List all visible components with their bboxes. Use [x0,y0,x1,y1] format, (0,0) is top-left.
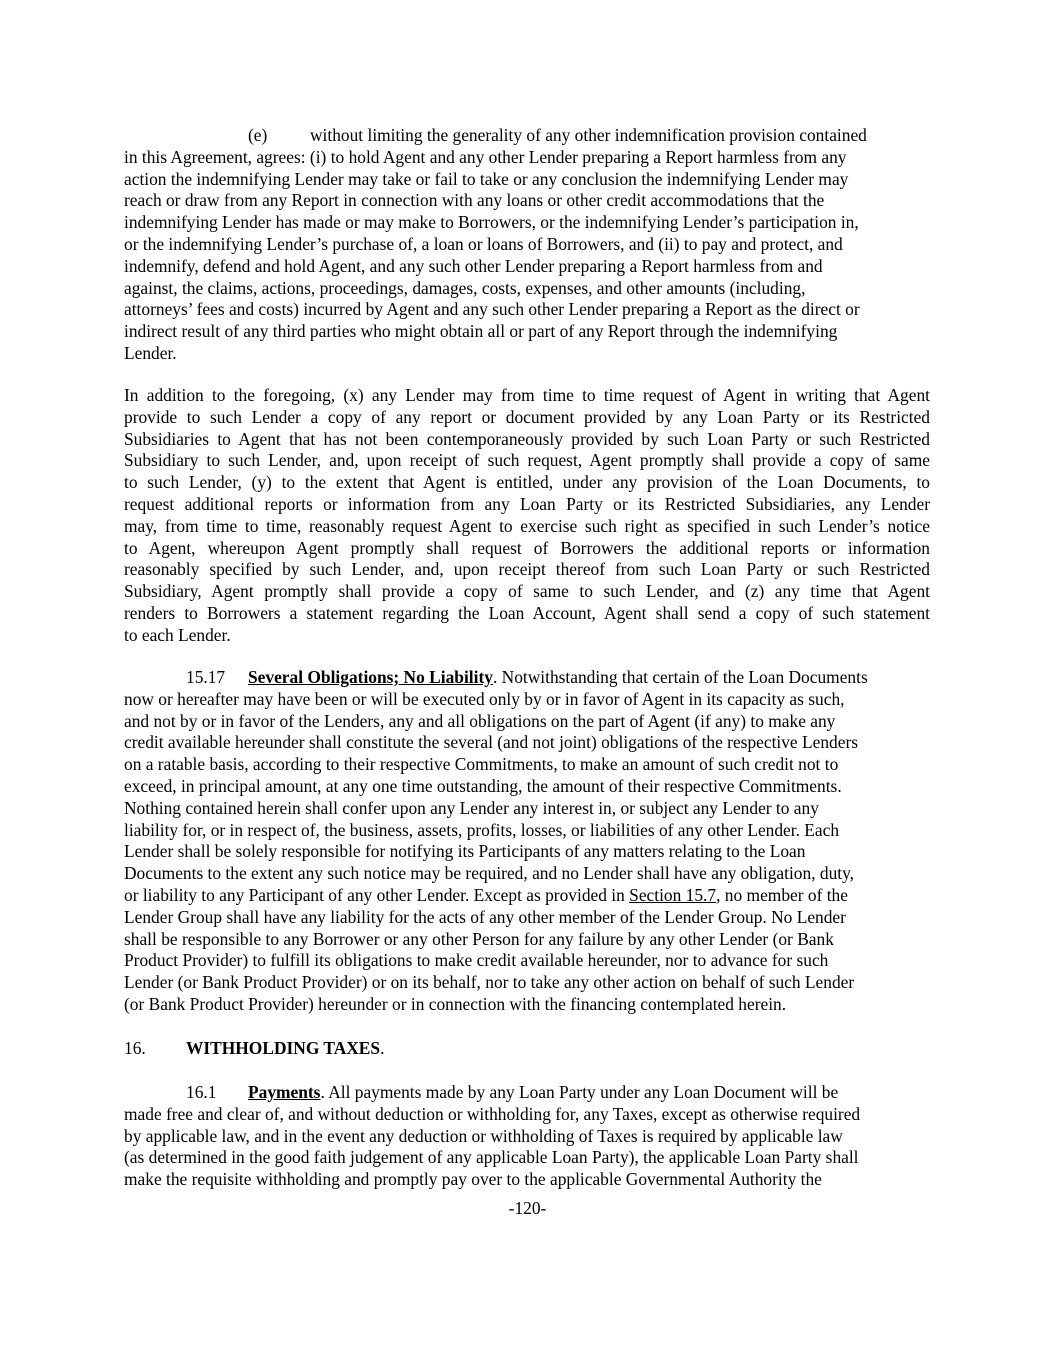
document-page: (e)without limiting the generality of an… [0,0,1055,1365]
paragraph-line: Nothing contained herein shall confer up… [124,798,930,820]
paragraph-line: without limiting the generality of any o… [310,125,867,145]
paragraph-e: (e)without limiting the generality of an… [124,125,930,365]
paragraph-line: Lender Group shall have any liability fo… [124,907,930,929]
paragraph-line: to each Lender. [124,625,930,647]
paragraph-line: Lender (or Bank Product Provider) or on … [124,972,930,994]
paragraph-line: indemnify, defend and hold Agent, and an… [124,256,930,278]
paragraph-line: provide to such Lender a copy of any rep… [124,407,930,429]
paragraph-line: shall be responsible to any Borrower or … [124,929,930,951]
paragraph-line: (as determined in the good faith judgeme… [124,1147,930,1169]
paragraph-line: attorneys’ fees and costs) incurred by A… [124,299,930,321]
paragraph-line: Subsidiary, Agent promptly shall provide… [124,581,930,603]
paragraph-line: make the requisite withholding and promp… [124,1169,930,1191]
paragraph-line: , no member of the [716,885,848,905]
paragraph-label: (e) [248,125,310,147]
paragraph-line: in this Agreement, agrees: (i) to hold A… [124,147,930,169]
section-title-suffix: . [380,1038,384,1058]
paragraph-line: . Notwithstanding that certain of the Lo… [493,667,868,687]
paragraph-line: reach or draw from any Report in connect… [124,190,930,212]
paragraph-line: now or hereafter may have been or will b… [124,689,930,711]
paragraph-line: or the indemnifying Lender’s purchase of… [124,234,930,256]
paragraph-line: Lender. [124,343,930,365]
section-15-17: 15.17Several Obligations; No Liability. … [124,667,930,1016]
paragraph-line: Subsidiary to such Lender, and, upon rec… [124,450,930,472]
section-title: Several Obligations; No Liability [248,667,493,687]
section-16-heading: 16.WITHHOLDING TAXES. [124,1038,384,1060]
section-15-7-link[interactable]: Section 15.7 [629,885,716,905]
section-number: 15.17 [186,667,248,689]
paragraph-line: indirect result of any third parties who… [124,321,930,343]
paragraph-line: renders to Borrowers a statement regardi… [124,603,930,625]
paragraph-line: reasonably specified by such Lender, and… [124,559,930,581]
paragraph-line: Product Provider) to fulfill its obligat… [124,950,930,972]
section-16-1: 16.1Payments. All payments made by any L… [124,1082,930,1191]
paragraph-line: request additional reports or informatio… [124,494,930,516]
paragraph-line: Subsidiaries to Agent that has not been … [124,429,930,451]
paragraph-line: to such Lender, (y) to the extent that A… [124,472,930,494]
paragraph-line: Documents to the extent any such notice … [124,863,930,885]
paragraph-line: In addition to the foregoing, (x) any Le… [124,385,930,407]
page-number: -120- [0,1198,1055,1220]
paragraph-line: to Agent, whereupon Agent promptly shall… [124,538,930,560]
paragraph-line: by applicable law, and in the event any … [124,1126,930,1148]
paragraph-line: (or Bank Product Provider) hereunder or … [124,994,930,1016]
paragraph-line: made free and clear of, and without dedu… [124,1104,930,1126]
paragraph-line: or liability to any Participant of any o… [124,885,629,905]
section-number: 16.1 [186,1082,248,1104]
paragraph-line: exceed, in principal amount, at any one … [124,776,930,798]
paragraph-line: indemnifying Lender has made or may make… [124,212,930,234]
paragraph-line: action the indemnifying Lender may take … [124,169,930,191]
paragraph-line: may, from time to time, reasonably reque… [124,516,930,538]
paragraph-line: Lender shall be solely responsible for n… [124,841,930,863]
paragraph-line: . All payments made by any Loan Party un… [320,1082,838,1102]
paragraph-line: and not by or in favor of the Lenders, a… [124,711,930,733]
paragraph-line: liability for, or in respect of, the bus… [124,820,930,842]
paragraph-line: against, the claims, actions, proceeding… [124,278,930,300]
section-number: 16. [124,1038,186,1060]
paragraph-in-addition: In addition to the foregoing, (x) any Le… [124,385,930,647]
section-title: Payments [248,1082,320,1102]
section-title: WITHHOLDING TAXES [186,1038,380,1058]
paragraph-line: on a ratable basis, according to their r… [124,754,930,776]
paragraph-line: credit available hereunder shall constit… [124,732,930,754]
